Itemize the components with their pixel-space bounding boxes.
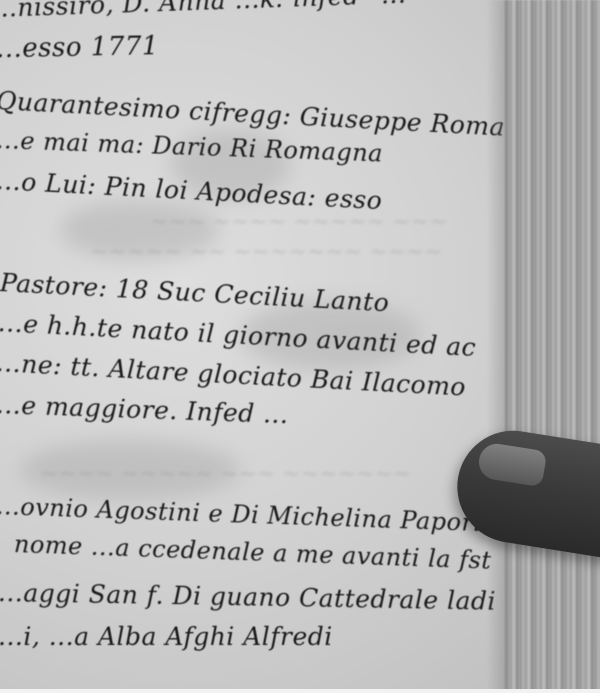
manuscript-line: ...nissiro, D. Anna ...k: infed° ... [0, 0, 407, 23]
bleed-through-text: ~~~~ ~~~~~ ~~~ ~~~~~~~ [40, 462, 411, 487]
bleed-through-text: ~~~ ~~~~ ~~~~~ ~~~ [150, 210, 447, 235]
manuscript-line: Pastore: 18 Suc Ceciliu Lanto [0, 268, 390, 317]
photo-border [0, 689, 600, 693]
manuscript-line: ...i, ...a Alba Afghi Alfredi [0, 622, 333, 651]
pointing-finger [449, 423, 600, 565]
bleed-through-text: ~~~~~ ~~ ~~~~~~~ ~~~~ [90, 240, 443, 265]
fingernail [476, 441, 547, 487]
manuscript-line: ...ovnio Agostini e Di Michelina Papori [0, 492, 482, 537]
manuscript-line: ...aggi San f. Di guano Cattedrale ladi [0, 578, 496, 616]
book-page-edges [505, 0, 600, 693]
manuscript-line: nome ...a ccedenale a me avanti la fst [14, 530, 492, 575]
manuscript-photo: ~~~ ~~~~ ~~~~~ ~~~ ~~~~~ ~~ ~~~~~~~ ~~~~… [0, 0, 600, 693]
manuscript-line: ...e maggiore. Infed ... [0, 390, 289, 429]
manuscript-line: ...esso 1771 [0, 31, 159, 64]
